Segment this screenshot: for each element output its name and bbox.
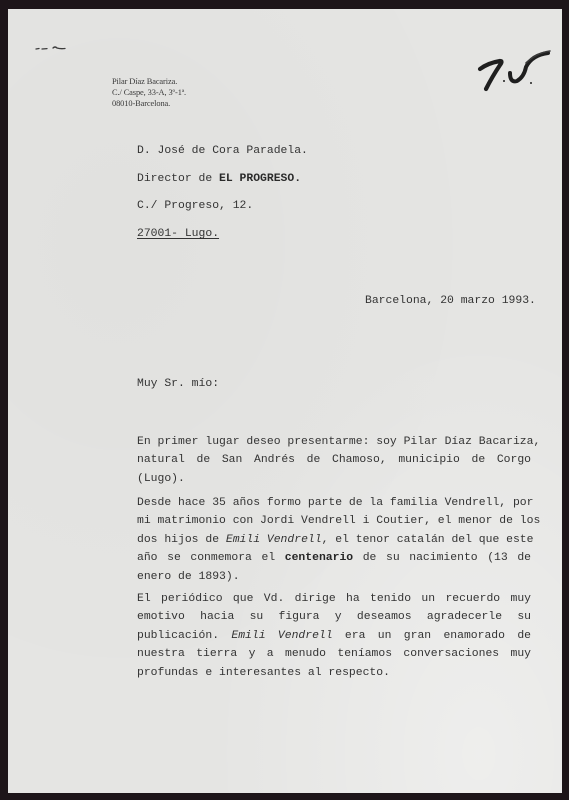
paragraph-line: El periódico que Vd. dirige ha tenido un… [137,590,531,608]
recipient-city: 27001- Lugo. [137,228,219,240]
sender-street: C./ Caspe, 33-A, 3º-1ª. [112,87,186,98]
paragraph-line: año se conmemora el centenario de su nac… [137,549,531,567]
body-paragraph-2: Desde hace 35 años formo parte de la fam… [137,494,531,586]
paragraph-line: publicación. Emili Vendrell era un gran … [137,627,531,645]
paragraph-line: natural de San Andrés de Chamoso, munici… [137,451,531,469]
italic-name: Emili Vendrell [226,534,322,546]
body-paragraph-1: En primer lugar deseo presentarme: soy P… [137,433,531,488]
sender-city: 08010-Barcelona. [112,98,186,109]
paragraph-line: profundas e interesantes al respecto. [137,664,531,682]
paragraph-line: dos hijos de Emili Vendrell, el tenor ca… [137,531,531,549]
paragraph-line: enero de 1893). [137,568,531,586]
letter-page: Pilar Díaz Bacariza. C./ Caspe, 33-A, 3º… [8,9,562,793]
body-paragraph-3: El periódico que Vd. dirige ha tenido un… [137,590,531,682]
scribble-mark-icon [35,45,69,51]
paragraph-line: (Lugo). [137,470,531,488]
recipient-title-prefix: Director de [137,173,219,185]
recipient-organization: EL PROGRESO. [219,173,301,185]
recipient-title: Director de EL PROGRESO. [137,173,301,185]
sender-address-block: Pilar Díaz Bacariza. C./ Caspe, 33-A, 3º… [112,76,186,110]
paragraph-line: nuestra tierra y a menudo teníamos conve… [137,645,531,663]
italic-name: Emili Vendrell [231,630,332,642]
paragraph-line: Desde hace 35 años formo parte de la fam… [137,494,531,512]
recipient-name: D. José de Cora Paradela. [137,145,308,157]
paragraph-line: emotivo hacia su figura y deseamos agrad… [137,608,531,626]
paragraph-line: mi matrimonio con Jordi Vendrell i Couti… [137,512,531,530]
paragraph-line: En primer lugar deseo presentarme: soy P… [137,433,531,451]
sender-name: Pilar Díaz Bacariza. [112,76,186,87]
handwritten-signature-mark [470,43,554,95]
recipient-street: C./ Progreso, 12. [137,200,253,212]
salutation: Muy Sr. mío: [137,378,219,390]
bold-emphasis: centenario [285,552,353,564]
letter-date: Barcelona, 20 marzo 1993. [365,295,536,307]
